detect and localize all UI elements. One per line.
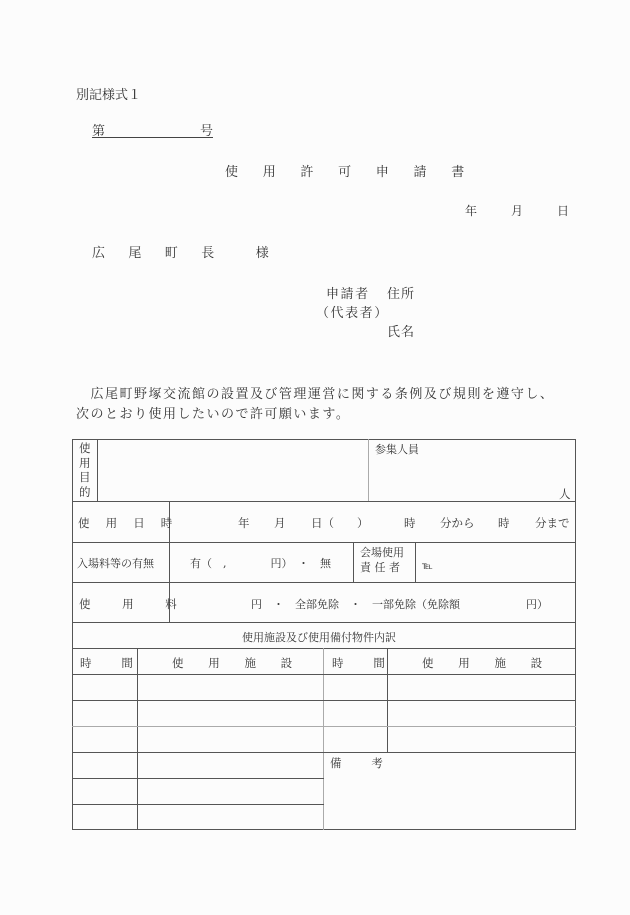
facility-section-title: 使用施設及び使用備付物件内訳 [242,629,396,645]
date-year-label: 年 [465,202,477,219]
col-facility-header: 使 用 施 設 [172,655,293,671]
facility-row[interactable] [73,701,323,726]
venue-manager-label: 会場使用 責 任 者 [360,545,404,575]
date-day-label: 日 [557,202,569,219]
facility-row-right[interactable] [325,701,575,726]
representative-label: （代表者） [316,302,389,321]
date-month-label: 月 [511,202,523,219]
usage-fee-label: 使 用 料 [79,596,180,612]
usage-datetime-label: 使 用 日 時 [78,515,175,531]
usage-min-from: 分から [440,515,475,531]
attendees-label: 参集人員 [375,441,419,457]
admission-fee-label: 入場料等の有無 [77,555,154,571]
usage-fee-options[interactable]: 円 ・ 全部免除 ・ 一部免除（免除額 円） [251,596,548,612]
document-title: 使 用 許 可 申 請 書 [225,161,470,180]
facility-row[interactable] [73,805,323,829]
application-number-field[interactable]: 第 号 [92,120,213,138]
usage-hour-from: 時 [404,515,416,531]
usage-datetime-input[interactable]: 年 月 日（ ） 時 分から 時 分まで [171,503,573,541]
applicant-name-label: 氏名 [387,321,415,340]
body-text-line1: 広尾町野塚交流館の設置及び管理運営に関する条例及び規則を遵守し、 [76,383,554,402]
usage-min-to: 分まで [535,515,570,531]
facility-row[interactable] [73,675,323,700]
remarks-label: 備 考 [330,755,385,771]
facility-row[interactable] [73,727,323,752]
venue-manager-input[interactable]: ℡ [417,544,573,580]
facility-row[interactable] [73,779,323,804]
number-suffix: 号 [200,120,213,139]
addressee: 広 尾 町 長 様 [92,242,274,261]
usage-month: 月 [274,515,286,531]
col-time2-header: 時 間 [332,655,387,671]
number-prefix: 第 [92,120,105,139]
applicant-address-label: 住所 [387,283,415,302]
purpose-input[interactable] [99,441,366,499]
form-number: 別記様式１ [76,84,141,103]
facility-row-right[interactable] [325,675,575,700]
facility-row[interactable] [73,753,323,778]
body-text-line2: 次のとおり使用したいので許可願います。 [76,403,350,422]
attendees-input[interactable] [370,456,560,496]
usage-hour-to: 時 [498,515,510,531]
tel-icon: ℡ [422,561,433,572]
usage-day: 日（ ） [311,515,369,531]
admission-fee-options[interactable]: 有（ , 円） ・ 無 [190,555,331,571]
facility-row-right[interactable] [325,727,575,752]
col-facility2-header: 使 用 施 設 [422,655,543,671]
remarks-input[interactable] [325,770,575,828]
attendees-unit: 人 [559,486,571,502]
usage-year: 年 [238,515,250,531]
col-time-header: 時 間 [80,655,135,671]
applicant-label: 申請者 [326,283,370,302]
purpose-label: 使 用 目 的 [79,441,93,499]
